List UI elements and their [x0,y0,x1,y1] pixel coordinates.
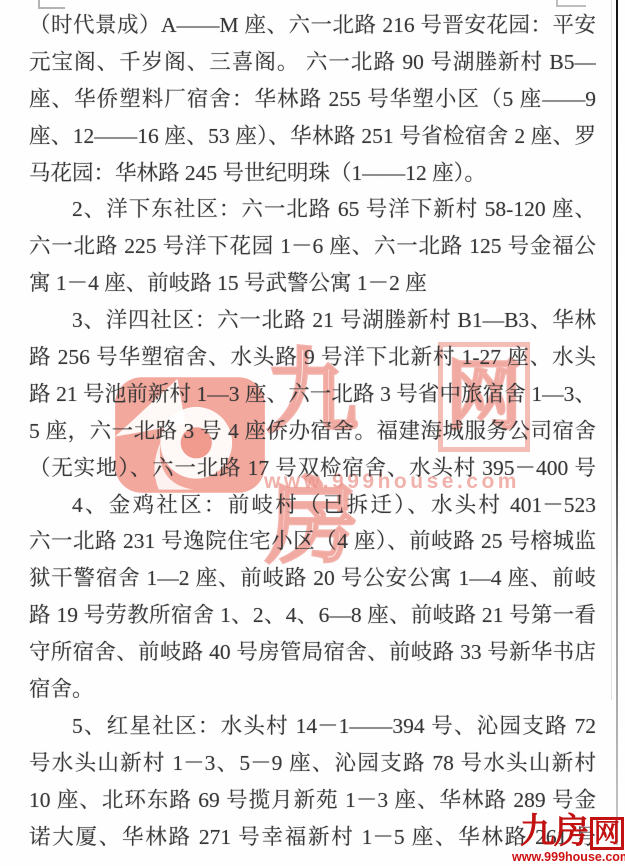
document-line: 号水头山新村 1－3、5－9 座、沁园支路 78 号水头山新村 [29,745,596,782]
document-line: 六一北路 225 号洋下花园 1－6 座、六一北路 125 号金福公 [29,228,596,265]
document-line: 守所宿舍、前岐路 40 号房管局宿舍、前岐路 33 号新华书店 [29,634,596,671]
document-line: 宿舍。 [29,671,596,708]
document-line: 寓 1－4 座、前岐路 15 号武警公寓 1－2 座 [29,265,596,302]
document-line: 六一北路 231 号逸院住宅小区（4 座）、前岐路 25 号榕城监 [29,523,596,560]
site-logo: 九房 网 www.999house.com [512,814,624,864]
document-line: 诺大厦、华林路 271 号幸福新村 1－5 座、华林路 261 号 [29,819,596,856]
document-line: 4、金鸡社区：前岐村（已拆迁）、水头村 401－523 号、 [29,487,596,524]
document-text: （时代景成）A——M 座、六一北路 216 号晋安花园：平安阁、元宝阁、千岁阁、… [29,7,596,855]
site-logo-suffix-box: 网 [590,817,624,850]
document-line: （时代景成）A——M 座、六一北路 216 号晋安花园：平安阁、 [29,7,596,44]
scan-border-line-right [616,0,618,845]
document-line: 3、洋四社区：六一北路 21 号湖塍新村 B1—B3、华林 [29,302,596,339]
scan-corner-artifact-top-right [556,0,586,7]
document-line: 10 座、北环东路 69 号揽月新苑 1－3 座、华林路 289 号金 [29,782,596,819]
document-line: 2、洋下东社区：六一北路 65 号洋下新村 58-120 座、 [29,191,596,228]
site-logo-name: 九房 网 [512,814,624,850]
document-line: （无实地）、六一北路 17 号双检宿舍、水头村 395－400 号 [29,450,596,487]
document-line: 路 19 号劳教所宿舍 1、2、4、6—8 座、前岐路 21 号第一看 [29,597,596,634]
document-line: 元宝阁、千岁阁、三喜阁。 六一北路 90 号湖塍新村 B5—B12 [29,44,596,81]
document-line: 座、华侨塑料厂宿舍：华林路 255 号华塑小区（5 座——9 [29,81,596,118]
document-line: 狱干警宿舍 1—2 座、前岐路 20 号公安公寓 1—4 座、前岐 [29,560,596,597]
scan-border-line-faint [611,0,612,700]
document-line: 马花园：华林路 245 号世纪明珠（1——12 座）。 [29,155,596,192]
document-line: 路 256 号华塑宿舍、水头路 9 号洋下北新村 1-27 座、水头 [29,339,596,376]
document-line: 5、红星社区：水头村 14－1——394 号、沁园支路 72 [29,708,596,745]
site-logo-prefix: 九房 [520,814,588,850]
document-line: 路 21 号池前新村 1—3 座、六一北路 3 号省中旅宿舍 1—3、 [29,376,596,413]
document-line: 5 座，六一北路 3 号 4 座侨办宿舍。福建海城服务公司宿舍 [29,413,596,450]
document-line: 座、12——16 座、53 座）、华林路 251 号省检宿舍 2 座、罗 [29,118,596,155]
site-logo-suffix: 网 [594,818,620,848]
scanned-document-page: 九房 网 www.999house.com （时代景成）A——M 座、六一北路 … [0,0,625,866]
site-logo-url: www.999house.com [512,850,624,864]
